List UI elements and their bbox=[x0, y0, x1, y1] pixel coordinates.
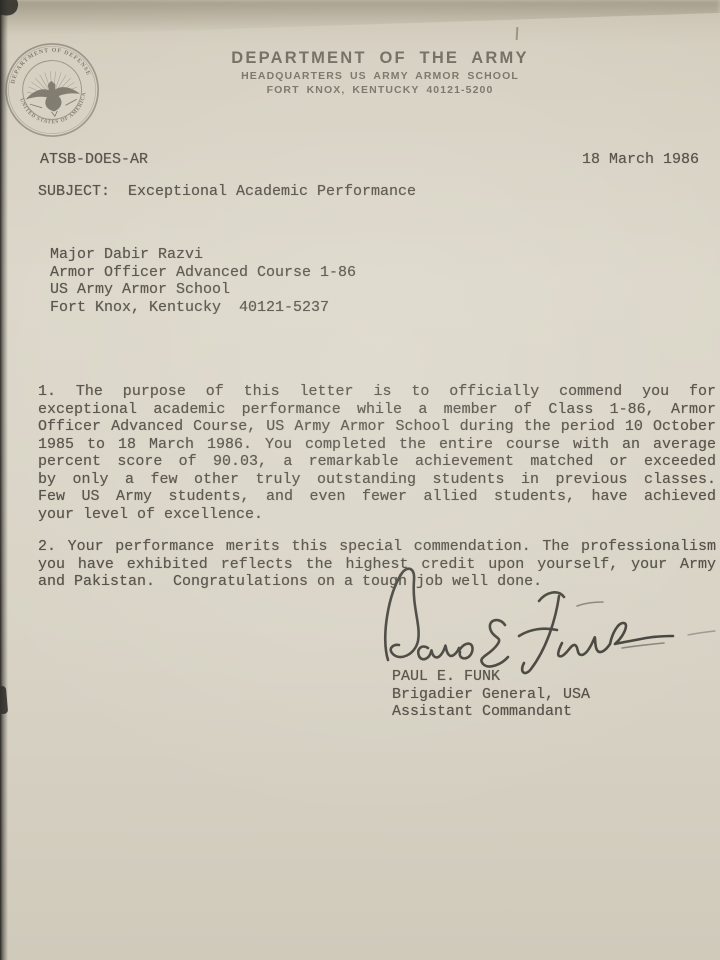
signature-typed-name: PAUL E. FUNK bbox=[392, 668, 590, 686]
recipient-address: Major Dabir RazviArmor Officer Advanced … bbox=[50, 246, 356, 316]
text-line: Few US Army students, and even fewer all… bbox=[38, 488, 716, 506]
text-line: Major Dabir Razvi bbox=[50, 246, 356, 264]
letter-date: 18 March 1986 bbox=[582, 151, 699, 169]
letterhead-address-line: FORT KNOX, KENTUCKY 40121-5200 bbox=[40, 84, 720, 96]
text-line: percent score of 90.03, a remarkable ach… bbox=[38, 453, 716, 471]
letterhead-headquarters-line: HEADQUARTERS US ARMY ARMOR SCHOOL bbox=[40, 70, 720, 82]
scan-shadow-top bbox=[0, 0, 720, 38]
text-line: Armor Officer Advanced Course 1-86 bbox=[50, 264, 356, 282]
text-line: Fort Knox, Kentucky 40121-5237 bbox=[50, 299, 356, 317]
text-line: exceptional academic performance while a… bbox=[38, 401, 716, 419]
letterhead-title: DEPARTMENT OF THE ARMY bbox=[40, 49, 720, 68]
text-line: your level of excellence. bbox=[38, 506, 716, 524]
text-line: 1. The purpose of this letter is to offi… bbox=[38, 383, 716, 401]
signature-rank: Brigadier General, USA bbox=[392, 686, 590, 704]
letterhead: DEPARTMENT OF THE ARMY HEADQUARTERS US A… bbox=[40, 49, 720, 96]
signature-title: Assistant Commandant bbox=[392, 703, 590, 721]
text-line: by only a few other truly outstanding st… bbox=[38, 471, 716, 489]
scan-mark-top bbox=[516, 27, 519, 40]
scan-edge-left bbox=[0, 0, 8, 960]
subject-line: SUBJECT: Exceptional Academic Performanc… bbox=[38, 183, 416, 201]
text-line: Officer Advanced Course, US Army Armor S… bbox=[38, 418, 716, 436]
text-line: 2. Your performance merits this special … bbox=[38, 538, 716, 556]
text-line: 1985 to 18 March 1986. You completed the… bbox=[38, 436, 716, 454]
scanned-letter: DEPARTMENT OF DEFENSE UNITED STATES OF A… bbox=[0, 0, 720, 960]
signature-block: PAUL E. FUNK Brigadier General, USA Assi… bbox=[392, 668, 590, 721]
reference-number: ATSB-DOES-AR bbox=[40, 151, 148, 169]
text-line: US Army Armor School bbox=[50, 281, 356, 299]
body-paragraph-1: 1. The purpose of this letter is to offi… bbox=[38, 383, 716, 523]
